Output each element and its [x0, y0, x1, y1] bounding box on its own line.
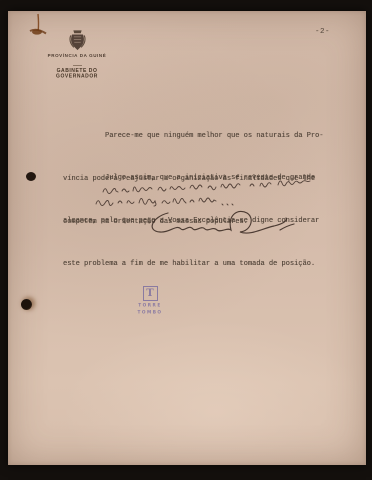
ink-overlay	[0, 0, 372, 480]
stamp-text-line2: TOMBO	[132, 310, 168, 316]
scanned-letter-page: PROVÍNCIA DA GUINÉ GABINETE DO GOVERNADO…	[0, 0, 372, 480]
ink-stain	[30, 14, 46, 35]
stamp-text-line1: TORRE	[132, 303, 168, 309]
handwritten-note	[96, 181, 310, 206]
signature	[152, 211, 294, 233]
punch-hole-bottom	[21, 299, 32, 310]
stamp-monogram-icon: T	[143, 286, 158, 301]
stamp-monogram: T	[146, 289, 153, 299]
archive-stamp: T TORRE TOMBO	[132, 286, 168, 321]
punch-hole-top	[26, 172, 36, 181]
